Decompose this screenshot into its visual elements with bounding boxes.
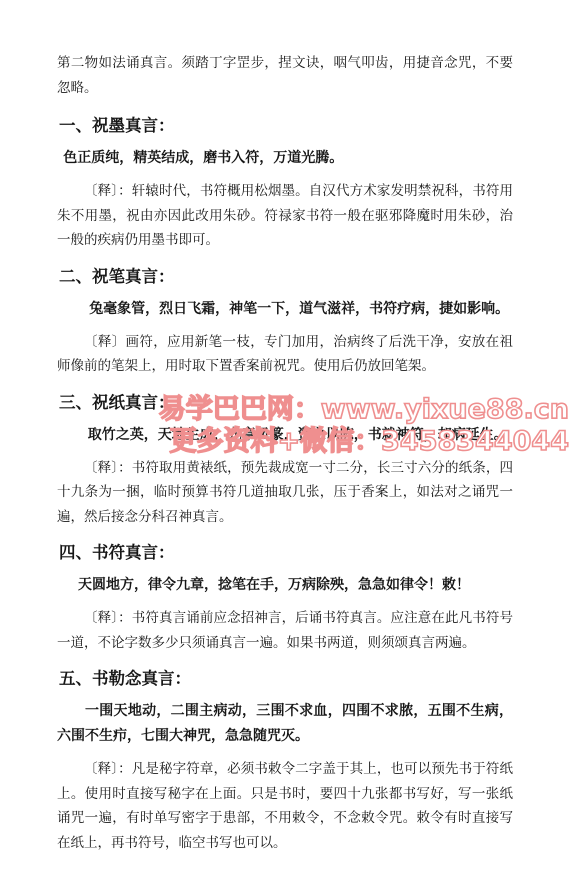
intro-paragraph: 第二物如法诵真言。须踏丁字罡步，捏文诀，咽气叩齿，用捷音念咒，不要忽略。 xyxy=(57,50,513,100)
section-4-explanation: 〔释〕：书符真言诵前应念招神言，后诵书符真言。应注意在此凡书符号一道，不论字数多… xyxy=(57,606,513,655)
section-3-heading: 三、祝纸真言： xyxy=(59,393,513,413)
section-5-explanation: 〔释〕：凡是秘字符章，必须书敕令二字盖于其上，也可以预先书于符纸上。使用时直接写… xyxy=(57,757,513,855)
section-3-mantra: 取竹之英，天地生成，龙章凤篆，资之以陈，书就神符，却病延生。 xyxy=(57,423,513,448)
section-2-heading: 二、祝笔真言： xyxy=(59,267,513,287)
document-page: 第二物如法诵真言。须踏丁字罡步，捏文诀，咽气叩齿，用捷音念咒，不要忽略。 一、祝… xyxy=(0,0,570,872)
section-4-heading: 四、书符真言： xyxy=(59,543,513,563)
section-3-explanation: 〔释〕：书符取用黄裱纸，预先裁成宽一寸二分，长三寸六分的纸条，四十九条为一捆，临… xyxy=(57,456,513,530)
section-zhu-zhi: 三、祝纸真言： 取竹之英，天地生成，龙章凤篆，资之以陈，书就神符，却病延生。 〔… xyxy=(57,393,513,530)
section-shu-fu: 四、书符真言： 天圆地方，律令九章，捻笔在手，万病除殃，急急如律令！敕！ 〔释〕… xyxy=(57,543,513,655)
section-1-explanation: 〔释〕：轩辕时代，书符概用松烟墨。自汉代方术家发明禁祝科，书符用朱不用墨，祝由亦… xyxy=(57,179,513,253)
section-1-heading: 一、祝墨真言： xyxy=(59,116,513,136)
section-zhu-bi: 二、祝笔真言： 兔毫象管，烈日飞霜，神笔一下，道气滋祥，书符疗病，捷如影响。 〔… xyxy=(57,267,513,379)
section-5-mantra: 一围天地动，二围主病动，三围不求血，四围不求脓，五围不生病，六围不生疖，七围大神… xyxy=(57,699,513,749)
section-2-mantra: 兔毫象管，烈日飞霜，神笔一下，道气滋祥，书符疗病，捷如影响。 xyxy=(57,297,513,322)
section-5-heading: 五、书勒念真言： xyxy=(59,669,513,689)
section-2-explanation: 〔释〕画符，应用新笔一枝，专门加用，治病终了后洗干净，安放在祖师像前的笔架上，用… xyxy=(57,330,513,379)
section-shu-le-nian: 五、书勒念真言： 一围天地动，二围主病动，三围不求血，四围不求脓，五围不生病，六… xyxy=(57,669,513,855)
section-1-mantra: 色正质纯，精英结成，磨书入符，万道光腾。 xyxy=(57,146,513,171)
section-4-mantra: 天圆地方，律令九章，捻笔在手，万病除殃，急急如律令！敕！ xyxy=(57,573,513,598)
section-zhu-mo: 一、祝墨真言： 色正质纯，精英结成，磨书入符，万道光腾。 〔释〕：轩辕时代，书符… xyxy=(57,116,513,253)
